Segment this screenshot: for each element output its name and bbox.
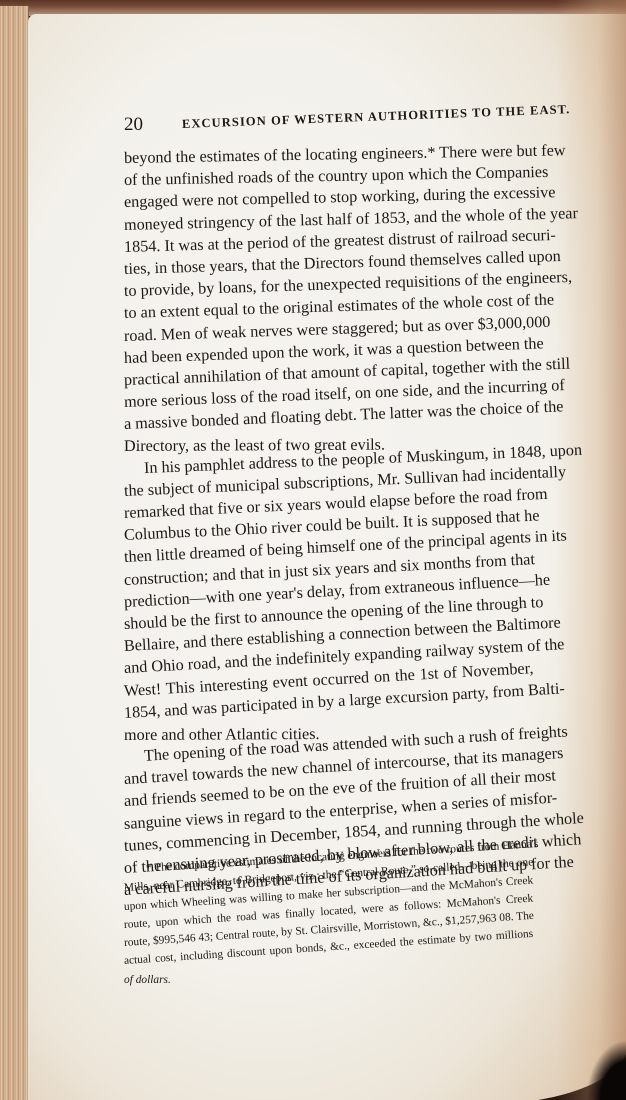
body-text: beyond the estimates of the locating eng…: [124, 147, 534, 901]
page-stack-edge: [0, 6, 29, 1100]
footnote-line: of dollars.: [124, 971, 534, 989]
footnote: * The comparative estimates of the locat…: [124, 861, 534, 989]
page-header: 20 EXCURSION OF WESTERN AUTHORITIES TO T…: [124, 114, 554, 138]
page-number: 20: [124, 114, 143, 136]
scan-corner-shadow: [586, 1040, 626, 1100]
scanned-book-page: 20 EXCURSION OF WESTERN AUTHORITIES TO T…: [0, 0, 626, 1100]
